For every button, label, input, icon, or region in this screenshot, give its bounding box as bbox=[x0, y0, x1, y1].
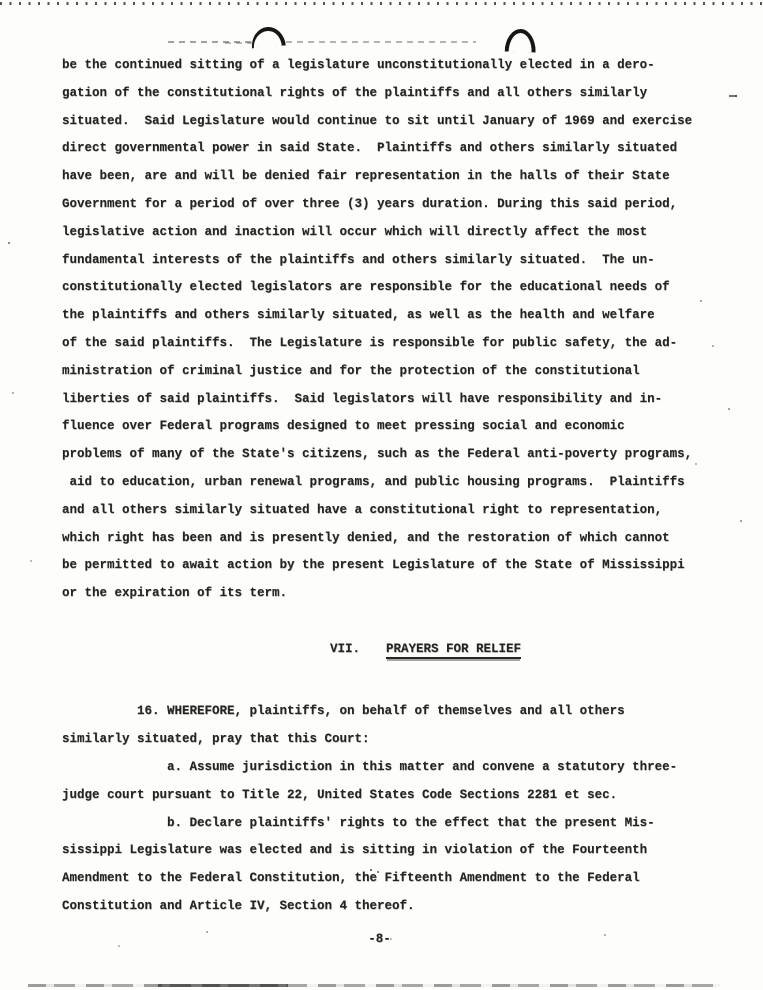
scan-smudge-line bbox=[225, 42, 253, 44]
body-line: situated. Said Legislature would continu… bbox=[62, 108, 733, 136]
prayer-line: 16. WHEREFORE, plaintiffs, on behalf of … bbox=[62, 698, 733, 726]
section-numeral: VII. bbox=[330, 642, 360, 656]
body-line: problems of many of the State's citizens… bbox=[62, 441, 733, 469]
binder-ring-mark-right bbox=[505, 28, 537, 52]
prayer-line: a. Assume jurisdiction in this matter an… bbox=[62, 754, 733, 782]
body-line: the plaintiffs and others similarly situ… bbox=[62, 302, 733, 330]
scan-dotted-edge-top bbox=[0, 2, 763, 5]
document-body: be the continued sitting of a legislatur… bbox=[62, 52, 733, 954]
body-line: or the expiration of its term. bbox=[62, 580, 733, 608]
body-line: fundamental interests of the plaintiffs … bbox=[62, 247, 733, 275]
prayer-line: judge court pursuant to Title 22, United… bbox=[62, 782, 733, 810]
scan-specks bbox=[0, 0, 2, 2]
prayer-line: Constitution and Article IV, Section 4 t… bbox=[62, 893, 733, 921]
body-line: aid to education, urban renewal programs… bbox=[62, 469, 733, 497]
prayer-line: similarly situated, pray that this Court… bbox=[62, 726, 733, 754]
body-line: have been, are and will be denied fair r… bbox=[62, 163, 733, 191]
body-line: be permitted to await action by the pres… bbox=[62, 552, 733, 580]
body-line: which right has been and is presently de… bbox=[62, 525, 733, 553]
body-line: gation of the constitutional rights of t… bbox=[62, 80, 733, 108]
binder-ring-mark-left bbox=[250, 26, 286, 49]
body-line: fluence over Federal programs designed t… bbox=[62, 413, 733, 441]
body-line: liberties of said plaintiffs. Said legis… bbox=[62, 386, 733, 414]
body-line: direct governmental power in said State.… bbox=[62, 135, 733, 163]
page-number: -8- bbox=[44, 926, 715, 954]
body-line: be the continued sitting of a legislatur… bbox=[62, 52, 733, 80]
scan-streak-bottom bbox=[28, 984, 720, 987]
section-heading: VII.PRAYERS FOR RELIEF bbox=[285, 608, 733, 691]
section-title: PRAYERS FOR RELIEF bbox=[386, 642, 521, 659]
prayer-line: sissippi Legislature was elected and is … bbox=[62, 837, 733, 865]
prayer-line: b. Declare plaintiffs' rights to the eff… bbox=[62, 810, 733, 838]
document-page: be the continued sitting of a legislatur… bbox=[0, 0, 763, 990]
body-line: ministration of criminal justice and for… bbox=[62, 358, 733, 386]
scan-smudge-line bbox=[286, 41, 476, 43]
body-line: and all others similarly situated have a… bbox=[62, 497, 733, 525]
prayer-line: Amendment to the Federal Constitution, t… bbox=[62, 865, 733, 893]
body-line: legislative action and inaction will occ… bbox=[62, 219, 733, 247]
body-line: Government for a period of over three (3… bbox=[62, 191, 733, 219]
body-line: constitutionally elected legislators are… bbox=[62, 274, 733, 302]
body-line: of the said plaintiffs. The Legislature … bbox=[62, 330, 733, 358]
